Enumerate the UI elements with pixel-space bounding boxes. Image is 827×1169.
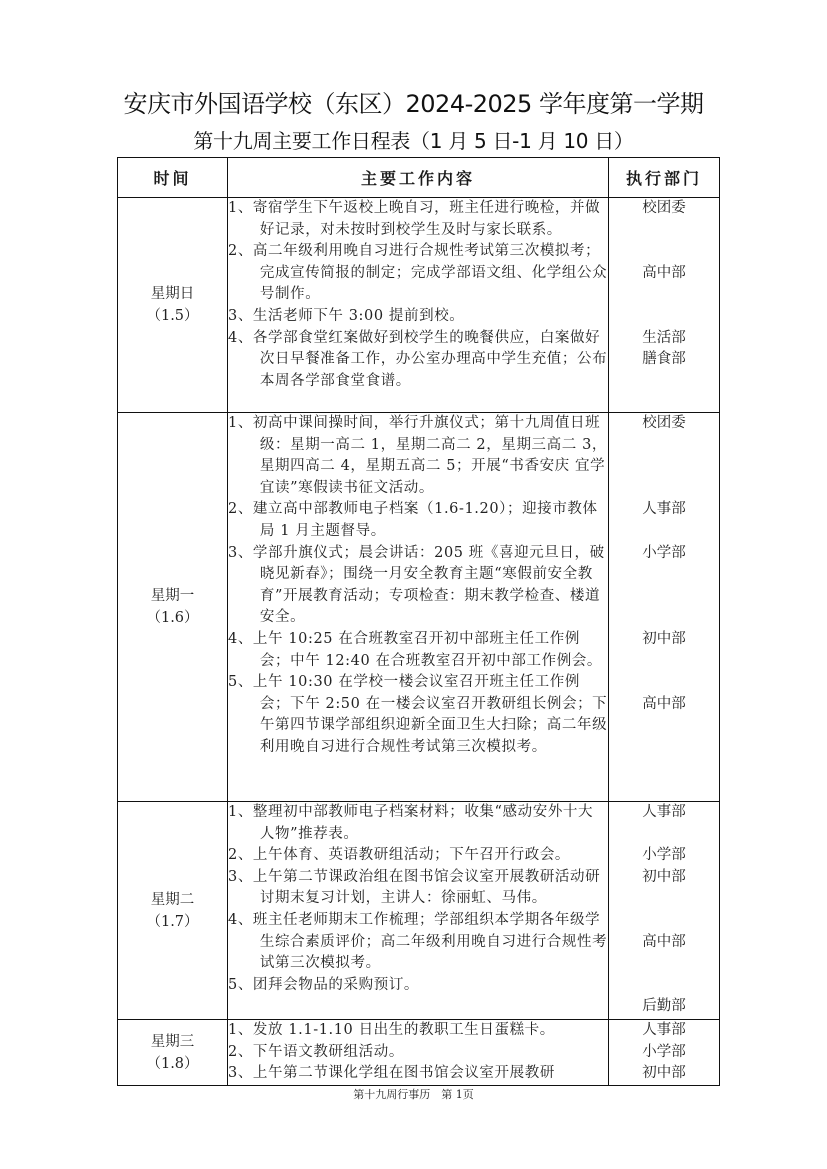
content-cell: 1、整理初中部教师电子档案材料；收集“感动安外十大人物”推荐表。 2、上午体育、…: [228, 802, 609, 1020]
department-cell: 人事部 小学部 初中部: [609, 1020, 720, 1086]
content-cell: 1、寄宿学生下午返校上晚自习，班主任进行晚检，并做好记录，对未按时到校学生及时与…: [228, 198, 609, 413]
list-item: 3、上午第二节课化学组在图书馆会议室开展教研: [228, 1063, 608, 1085]
day-name: 星期一: [118, 585, 227, 607]
day-name: 星期三: [118, 1031, 227, 1053]
department-label: 高中部: [609, 263, 719, 285]
department-label: 后勤部: [609, 996, 719, 1018]
list-item: 1、初高中课间操时间，举行升旗仪式；第十九周值日班级：星期一高二 1，星期二高二…: [228, 413, 608, 499]
table-row: 星期日 （1.5） 1、寄宿学生下午返校上晚自习，班主任进行晚检，并做好记录，对…: [118, 198, 720, 413]
day-date: （1.8）: [118, 1053, 227, 1075]
department-label: [609, 435, 719, 457]
list-item: 1、寄宿学生下午返校上晚自习，班主任进行晚检，并做好记录，对未按时到校学生及时与…: [228, 198, 608, 241]
day-date: （1.5）: [118, 305, 227, 327]
day-name: 星期日: [118, 283, 227, 305]
department-label: 小学部: [609, 1042, 719, 1064]
list-item: 4、各学部食堂红案做好到校学生的晚餐供应，白案做好次日早餐准备工作，办公室办理高…: [228, 328, 608, 393]
department-label: [609, 478, 719, 500]
department-label: 小学部: [609, 543, 719, 565]
department-label: [609, 220, 719, 242]
department-label: [609, 306, 719, 328]
department-label: 校团委: [609, 413, 719, 435]
department-label: [609, 564, 719, 586]
department-cell: 校团委 人事部 小学部 初中部 高中部: [609, 413, 720, 802]
list-item: 2、高二年级利用晚自习进行合规性考试第三次模拟考；完成宣传简报的制定；完成学部语…: [228, 241, 608, 306]
department-label: 初中部: [609, 1063, 719, 1085]
content-cell: 1、初高中课间操时间，举行升旗仪式；第十九周值日班级：星期一高二 1，星期二高二…: [228, 413, 609, 802]
department-label: [609, 521, 719, 543]
day-cell: 星期三 （1.8）: [118, 1020, 228, 1086]
list-item: 2、下午语文教研组活动。: [228, 1042, 608, 1064]
table-row: 星期三 （1.8） 1、发放 1.1-1.10 日出生的教职工生日蛋糕卡。 2、…: [118, 1020, 720, 1086]
department-label: 初中部: [609, 629, 719, 651]
day-cell: 星期日 （1.5）: [118, 198, 228, 413]
department-label: 小学部: [609, 845, 719, 867]
content-cell: 1、发放 1.1-1.10 日出生的教职工生日蛋糕卡。 2、下午语文教研组活动。…: [228, 1020, 609, 1086]
list-item: 5、团拜会物品的采购预订。: [228, 975, 608, 997]
department-label: 高中部: [609, 932, 719, 954]
list-item: 2、上午体育、英语教研组活动；下午召开行政会。: [228, 845, 608, 867]
table-header-row: 时间 主要工作内容 执行部门: [118, 158, 720, 198]
department-label: [609, 607, 719, 629]
day-cell: 星期二 （1.7）: [118, 802, 228, 1020]
document-title: 安庆市外国语学校（东区）2024-2025 学年度第一学期: [0, 84, 827, 119]
list-item: 1、整理初中部教师电子档案材料；收集“感动安外十大人物”推荐表。: [228, 802, 608, 845]
department-label: 人事部: [609, 1020, 719, 1042]
department-label: [609, 975, 719, 997]
day-date: （1.7）: [118, 911, 227, 933]
department-label: [609, 241, 719, 263]
list-item: 4、上午 10:25 在合班教室召开初中部班主任工作例会；中午 12:40 在合…: [228, 629, 608, 672]
department-label: 初中部: [609, 867, 719, 889]
day-cell: 星期一 （1.6）: [118, 413, 228, 802]
list-item: 3、学部升旗仪式；晨会讲话：205 班《喜迎元旦日，破晓见新春》；围绕一月安全教…: [228, 543, 608, 629]
department-label: 膳食部: [609, 349, 719, 371]
department-label: [609, 953, 719, 975]
department-label: 高中部: [609, 694, 719, 716]
list-item: 3、生活老师下午 3:00 提前到校。: [228, 306, 608, 328]
department-label: [609, 672, 719, 694]
department-label: 生活部: [609, 328, 719, 350]
page-footer: 第十九周行事历 第 1页: [0, 1086, 827, 1102]
department-label: [609, 586, 719, 608]
header-time: 时间: [118, 158, 228, 198]
document-subtitle: 第十九周主要工作日程表（1 月 5 日-1 月 10 日）: [0, 125, 827, 154]
department-label: [609, 284, 719, 306]
department-label: 人事部: [609, 802, 719, 824]
header-content: 主要工作内容: [228, 158, 609, 198]
schedule-table: 时间 主要工作内容 执行部门 星期日 （1.5） 1、寄宿学生下午返校上晚自习，…: [117, 157, 720, 1086]
header-department: 执行部门: [609, 158, 720, 198]
list-item: 5、上午 10:30 在学校一楼会议室召开班主任工作例会；下午 2:50 在一楼…: [228, 672, 608, 758]
department-cell: 校团委 高中部 生活部 膳食部: [609, 198, 720, 413]
list-item: 4、班主任老师期末工作梳理；学部组织本学期各年级学生综合素质评价；高二年级利用晚…: [228, 910, 608, 975]
day-date: （1.6）: [118, 607, 227, 629]
department-cell: 人事部 小学部 初中部 高中部 后勤部: [609, 802, 720, 1020]
department-label: [609, 651, 719, 673]
department-label: [609, 456, 719, 478]
list-item: 3、上午第二节课政治组在图书馆会议室开展教研活动研讨期末复习计划，主讲人：徐丽虹…: [228, 867, 608, 910]
day-name: 星期二: [118, 889, 227, 911]
list-item: 1、发放 1.1-1.10 日出生的教职工生日蛋糕卡。: [228, 1020, 608, 1042]
department-label: [609, 910, 719, 932]
department-label: 校团委: [609, 198, 719, 220]
table-row: 星期二 （1.7） 1、整理初中部教师电子档案材料；收集“感动安外十大人物”推荐…: [118, 802, 720, 1020]
table-row: 星期一 （1.6） 1、初高中课间操时间，举行升旗仪式；第十九周值日班级：星期一…: [118, 413, 720, 802]
department-label: 人事部: [609, 499, 719, 521]
list-item: 2、建立高中部教师电子档案（1.6-1.20）；迎接市教体局 1 月主题督导。: [228, 499, 608, 542]
department-label: [609, 888, 719, 910]
department-label: [609, 824, 719, 846]
